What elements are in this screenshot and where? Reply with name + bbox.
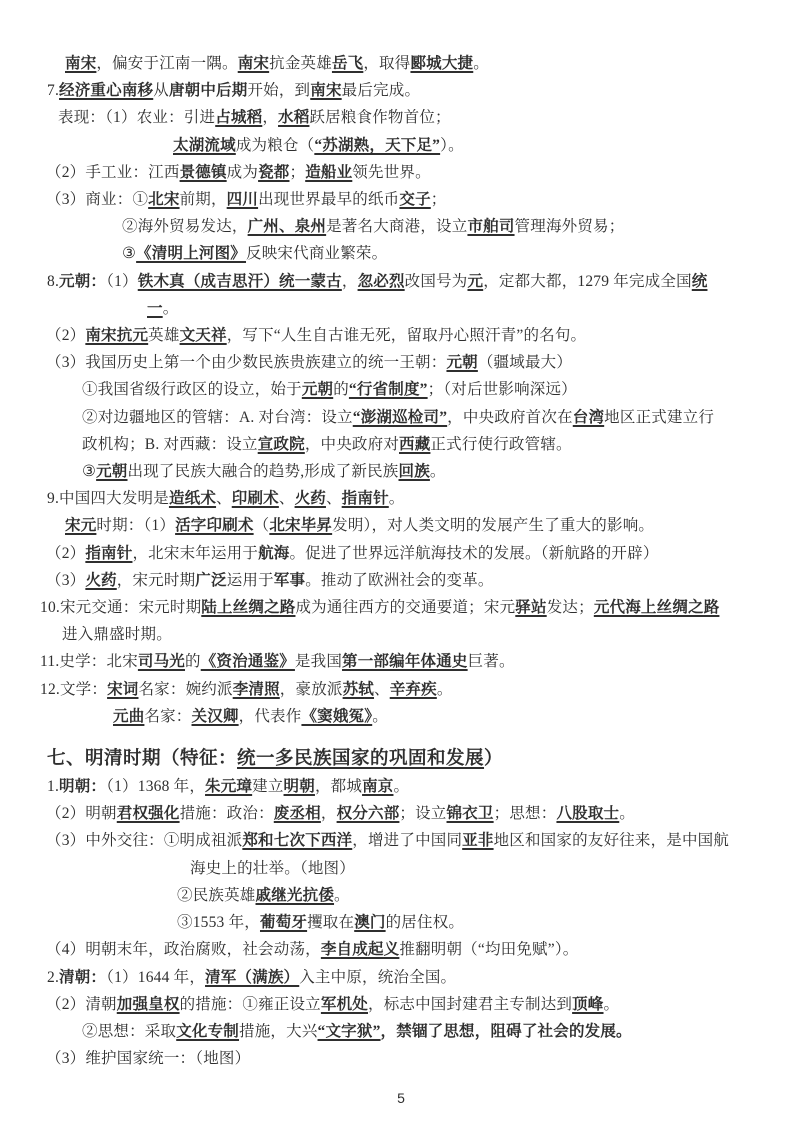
text-segment: 李清照 — [233, 681, 280, 698]
text-segment: 7. — [47, 82, 59, 99]
text-segment: ，写下“人生自古谁无死，留取丹心照汗青”的名句。 — [227, 327, 587, 344]
text-segment: 铁木真（成吉思汗）统一蒙古 — [138, 273, 342, 290]
text-segment: 权分六部 — [337, 805, 400, 822]
text-segment: 经济重心南移 — [59, 82, 153, 99]
text-segment: 火药 — [85, 572, 116, 589]
line-agriculture: 表现：（1）农业：引进占城稻，水稻跃居粮食作物首位； — [40, 104, 762, 131]
text-segment: 措施：政治： — [180, 805, 274, 822]
line-item-9-four-inventions: 9.中国四大发明是造纸术、印刷术、火药、指南针。 — [40, 485, 762, 512]
text-segment: 郑和七次下西洋 — [242, 832, 352, 849]
text-segment: 。 — [473, 55, 489, 72]
text-segment: 岳飞 — [332, 55, 363, 72]
text-segment: 的 — [185, 653, 201, 670]
text-segment: “澎湖巡检司” — [353, 409, 447, 426]
text-segment: 君权强化 — [117, 805, 180, 822]
text-segment: ； — [431, 191, 447, 208]
text-segment: 军机处 — [321, 996, 368, 1013]
text-segment: 。推动了欧洲社会的变革。 — [305, 572, 493, 589]
text-segment: 辛弃疾 — [390, 681, 437, 698]
text-segment: 。 — [430, 463, 446, 480]
text-segment: 《窦娥冤》 — [301, 708, 372, 725]
text-segment: 第一部编年体通史 — [342, 653, 468, 670]
line-transport-wrap: 进入鼎盛时期。 — [40, 621, 762, 648]
text-segment: 9.中国四大发明是 — [47, 490, 169, 507]
text-segment: 锦衣卫 — [447, 805, 494, 822]
text-segment: 措施，大兴 — [239, 1023, 318, 1040]
text-segment: 统 — [692, 273, 708, 290]
line-zheng-he-wrap: 海史上的壮举。（地图） — [40, 855, 762, 882]
line-commerce: （3）商业：①北宋前期，四川出现世界最早的纸币交子； — [40, 186, 762, 213]
text-segment: 运用于 — [227, 572, 274, 589]
text-segment: 元朝 — [446, 354, 477, 371]
document-page: 南宋，偏安于江南一隅。南宋抗金英雄岳飞，取得郾城大捷。7.经济重心南移从唐朝中后… — [0, 0, 800, 1131]
text-segment: （1）1644 年， — [106, 969, 205, 986]
text-segment: 广州、泉州 — [248, 218, 327, 235]
text-segment: ，定都大都，1279 年完成全国 — [483, 273, 692, 290]
text-segment: “苏湖熟，天下足” — [314, 137, 440, 154]
text-segment: 陆上丝绸之路 — [201, 599, 295, 616]
line-item-12-literature: 12.文学：宋词名家：婉约派李清照，豪放派苏轼、辛弃疾。 — [40, 676, 762, 703]
text-segment: 军事 — [274, 572, 305, 589]
text-segment: 朱元璋 — [205, 778, 252, 795]
text-segment: 10.宋元交通：宋元时期 — [40, 599, 201, 616]
text-segment: 宋词 — [107, 681, 138, 698]
text-segment: 《清明上河图》 — [136, 245, 246, 262]
text-segment: 是我国 — [295, 653, 342, 670]
text-segment: 太湖流域 — [173, 137, 236, 154]
line-literary-inquisition: ②思想：采取文化专制措施，大兴“文字狱”，禁锢了思想，阻碍了社会的发展。 — [40, 1018, 762, 1045]
text-segment: （3）中外交往：①明成祖派 — [46, 832, 242, 849]
text-segment: 废丞相 — [274, 805, 321, 822]
text-segment: ，北宋末年运用于 — [132, 545, 258, 562]
text-segment: 关汉卿 — [192, 708, 239, 725]
text-segment: 水稻 — [278, 109, 309, 126]
text-segment: 出现了民族大融合的趋势,形成了新民族 — [128, 463, 399, 480]
text-segment: ； — [289, 164, 305, 181]
text-segment: 明朝 — [284, 778, 315, 795]
line-item-11-historiography: 11.史学：北宋司马光的《资治通鉴》是我国第一部编年体通史巨著。 — [40, 648, 762, 675]
line-ming-centralization: （2）明朝君权强化措施：政治：废丞相，权分六部；设立锦衣卫；思想：八股取士。 — [40, 800, 762, 827]
text-segment: 攫取在 — [307, 914, 354, 931]
text-segment: 2. — [47, 969, 59, 986]
text-segment: ；思想： — [494, 805, 557, 822]
text-segment: （1）1368 年， — [106, 778, 205, 795]
line-national-unity: （3）维护国家统一：（地图） — [40, 1045, 762, 1072]
text-segment: ②对边疆地区的管辖：A. 对台湾：设立 — [82, 409, 353, 426]
text-segment: 推翻明朝（“均田免赋”）。 — [399, 941, 578, 958]
text-segment: ，都城 — [315, 778, 362, 795]
text-segment: 葡萄牙 — [260, 914, 307, 931]
text-segment: 台湾 — [573, 409, 604, 426]
text-segment: 七、明清时期（特征： — [47, 747, 237, 768]
text-segment: ；设立 — [399, 805, 446, 822]
text-segment: 跃居粮食作物首位； — [309, 109, 450, 126]
text-segment: 1. — [47, 778, 59, 795]
text-segment: 进入鼎盛时期。 — [62, 626, 172, 643]
text-segment: （2）明朝 — [46, 805, 117, 822]
line-hui-ethnicity: ③元朝出现了民族大融合的趋势,形成了新民族回族。 — [40, 458, 762, 485]
text-segment: 指南针 — [342, 490, 389, 507]
text-segment: 。 — [389, 490, 405, 507]
text-segment: 12.文学： — [40, 681, 107, 698]
text-segment: 从 — [153, 82, 169, 99]
text-segment: 的 — [333, 381, 349, 398]
text-segment: 海史上的壮举。（地图） — [190, 860, 355, 877]
text-segment: 南京 — [362, 778, 393, 795]
text-segment: 造船业 — [305, 164, 352, 181]
text-segment: 李自成起义 — [321, 941, 400, 958]
text-segment: ，禁锢了思想，阻碍了社会的发展。 — [381, 1023, 632, 1040]
text-segment: 驿站 — [515, 599, 546, 616]
text-segment: 发明），对人类文明的发展产生了重大的影响。 — [332, 517, 654, 534]
text-segment: 《资治通鉴》 — [201, 653, 295, 670]
text-segment: （2）清朝 — [46, 996, 117, 1013]
text-segment: 八股取士 — [556, 805, 619, 822]
section-heading-ming-qing: 七、明清时期（特征：统一多民族国家的巩固和发展） — [40, 742, 762, 773]
text-segment: 反映宋代商业繁荣。 — [246, 245, 387, 262]
text-segment: 唐朝中后期 — [169, 82, 248, 99]
text-segment: 。 — [619, 805, 635, 822]
text-segment: ，取得 — [363, 55, 410, 72]
line-taihu-granary: 太湖流域成为粮仓（“苏湖熟，天下足”）。 — [40, 132, 762, 159]
line-handicraft: （2）手工业：江西景德镇成为瓷都；造船业领先世界。 — [40, 159, 762, 186]
text-segment: “行省制度” — [349, 381, 428, 398]
text-segment: 四川 — [227, 191, 258, 208]
text-segment: （4）明朝末年，政治腐败，社会动荡， — [46, 941, 321, 958]
line-item-10-transport: 10.宋元交通：宋元时期陆上丝绸之路成为通往西方的交通要道；宋元驿站发达；元代海… — [40, 594, 762, 621]
text-segment: ， — [262, 109, 278, 126]
text-segment: 的居住权。 — [386, 914, 465, 931]
line-border-tibet: 政机构；B. 对西藏：设立宣政院，中央政府对西藏正式行使行政管辖。 — [40, 431, 762, 458]
text-segment: 南宋 — [65, 55, 96, 72]
line-wen-tianxiang: （2）南宋抗元英雄文天祥，写下“人生自古谁无死，留取丹心照汗青”的名句。 — [40, 322, 762, 349]
text-segment: 活字印刷术 — [175, 517, 254, 534]
text-segment: 8. — [47, 273, 59, 290]
line-item-8-yuan-dynasty: 8.元朝：（1）铁木真（成吉思汗）统一蒙古，忽必烈改国号为元，定都大都，1279… — [40, 268, 762, 295]
text-segment: ，中央政府对 — [305, 436, 399, 453]
text-segment: （3）维护国家统一：（地图） — [46, 1050, 250, 1067]
text-segment: 宋元 — [65, 517, 96, 534]
text-segment: 文天祥 — [180, 327, 227, 344]
text-segment: 忽必烈 — [358, 273, 405, 290]
line-li-zicheng: （4）明朝末年，政治腐败，社会动荡，李自成起义推翻明朝（“均田免赋”）。 — [40, 936, 762, 963]
text-segment: 北宋毕昇 — [269, 517, 332, 534]
text-segment: 回族 — [399, 463, 430, 480]
text-segment: 市舶司 — [467, 218, 514, 235]
text-segment: 领先世界。 — [352, 164, 431, 181]
text-segment: 、 — [279, 490, 295, 507]
line-province-system: ①我国省级行政区的设立，始于元朝的“行省制度”；（对后世影响深远） — [40, 376, 762, 403]
text-segment: ③ — [82, 463, 96, 480]
text-segment: 11.史学：北宋 — [40, 653, 138, 670]
text-segment: ，增进了中国同 — [352, 832, 462, 849]
text-segment: 名家：婉约派 — [138, 681, 232, 698]
text-segment: ②海外贸易发达， — [122, 218, 248, 235]
text-segment: 交子 — [399, 191, 430, 208]
text-segment: 指南针 — [85, 545, 132, 562]
text-segment: ） — [484, 747, 503, 768]
text-segment: ，偏安于江南一隅。 — [96, 55, 237, 72]
text-segment: 抗金英雄 — [269, 55, 332, 72]
text-segment: 的措施：①雍正设立 — [180, 996, 321, 1013]
line-southern-song-summary: 南宋，偏安于江南一隅。南宋抗金英雄岳飞，取得郾城大捷。 — [40, 50, 762, 77]
line-zheng-he: （3）中外交往：①明成祖派郑和七次下西洋，增进了中国同亚非地区和国家的友好往来，… — [40, 827, 762, 854]
line-yuan-unification-wrap: 一。 — [40, 295, 762, 322]
text-segment: 北宋 — [148, 191, 179, 208]
text-segment: 郾城大捷 — [410, 55, 473, 72]
text-segment: （ — [254, 517, 270, 534]
text-segment: 名家： — [144, 708, 191, 725]
text-segment: 元 — [467, 273, 483, 290]
text-segment: （2） — [46, 327, 85, 344]
text-segment: 巨著。 — [468, 653, 515, 670]
text-segment: 。促进了世界远洋航海技术的发展。（新航路的开辟） — [289, 545, 658, 562]
text-segment: （3）商业：① — [46, 191, 148, 208]
text-segment: 入主中原，统治全国。 — [299, 969, 456, 986]
text-segment: 管理海外贸易； — [515, 218, 625, 235]
line-item-2-qing-dynasty: 2.清朝：（1）1644 年，清军（满族）入主中原，统治全国。 — [40, 964, 762, 991]
text-segment: 成为 — [227, 164, 258, 181]
text-segment: 成为粮仓（ — [236, 137, 315, 154]
text-segment: 清军（满族） — [205, 969, 299, 986]
text-segment: 元代海上丝绸之路 — [594, 599, 720, 616]
text-segment: ，代表作 — [239, 708, 302, 725]
text-segment: ，豪放派 — [280, 681, 343, 698]
text-segment: 、 — [326, 490, 342, 507]
text-segment: ②民族英雄 — [177, 887, 256, 904]
text-segment: 建立 — [252, 778, 283, 795]
line-portugal-macau: ③1553 年，葡萄牙攫取在澳门的居住权。 — [40, 909, 762, 936]
text-segment: 统一多民族国家的巩固和发展 — [237, 747, 484, 768]
text-segment: 。 — [393, 778, 409, 795]
line-qingming-scroll: ③《清明上河图》反映宋代商业繁荣。 — [40, 240, 762, 267]
text-segment: 前期， — [180, 191, 227, 208]
text-segment: 英雄 — [148, 327, 179, 344]
text-segment: 地区和国家的友好往来，是中国航 — [494, 832, 730, 849]
text-segment: 最后完成。 — [342, 82, 421, 99]
line-qing-absolutism: （2）清朝加强皇权的措施：①雍正设立军机处，标志中国封建君主专制达到顶峰。 — [40, 991, 762, 1018]
page: { "colors": { "background": "#ffffff", "… — [0, 0, 800, 1131]
text-segment: ③1553 年， — [177, 914, 260, 931]
text-segment: 。 — [334, 887, 350, 904]
text-segment: 澳门 — [354, 914, 385, 931]
text-segment: ）。 — [440, 137, 464, 154]
text-segment: 戚继光抗倭 — [256, 887, 335, 904]
text-segment: 司马光 — [138, 653, 185, 670]
line-item-7-economic-shift: 7.经济重心南移从唐朝中后期开始，到南宋最后完成。 — [40, 77, 762, 104]
line-yuan-opera: 元曲名家：关汉卿，代表作《窦娥冤》。 — [40, 703, 762, 730]
line-item-1-ming-dynasty: 1.明朝：（1）1368 年，朱元璋建立明朝，都城南京。 — [40, 773, 762, 800]
document-body: 南宋，偏安于江南一隅。南宋抗金英雄岳飞，取得郾城大捷。7.经济重心南移从唐朝中后… — [40, 50, 762, 1072]
text-segment: 一 — [147, 300, 163, 317]
text-segment: （2） — [46, 545, 85, 562]
text-segment: 文化专制 — [176, 1023, 239, 1040]
text-segment: 元朝 — [96, 463, 127, 480]
line-qi-jiguang: ②民族英雄戚继光抗倭。 — [40, 882, 762, 909]
text-segment: ；（对后世影响深远） — [428, 381, 577, 398]
text-segment: 元朝 — [302, 381, 333, 398]
text-segment: “文字狱” — [318, 1023, 381, 1040]
text-segment: 清朝： — [59, 969, 106, 986]
text-segment: 广泛 — [195, 572, 226, 589]
text-segment: ，标志中国封建君主专制达到 — [368, 996, 572, 1013]
text-segment: 占城稻 — [215, 109, 262, 126]
text-segment: 景德镇 — [180, 164, 227, 181]
text-segment: 元朝： — [59, 273, 106, 290]
text-segment: 火药 — [295, 490, 326, 507]
text-segment: 亚非 — [462, 832, 493, 849]
text-segment: 航海 — [258, 545, 289, 562]
text-segment: 南宋抗元 — [85, 327, 148, 344]
text-segment: ，宋元时期 — [117, 572, 196, 589]
text-segment: 西藏 — [399, 436, 430, 453]
text-segment: （3）我国历史上第一个由少数民族贵族建立的统一王朝： — [46, 354, 446, 371]
text-segment: 表现：（1）农业：引进 — [58, 109, 215, 126]
text-segment: ①我国省级行政区的设立，始于 — [82, 381, 302, 398]
text-segment: 印刷术 — [232, 490, 279, 507]
text-segment: 。 — [437, 681, 453, 698]
text-segment: 。 — [604, 996, 620, 1013]
text-segment: ③ — [122, 245, 136, 262]
text-segment: （1） — [106, 273, 138, 290]
line-first-minority-dynasty: （3）我国历史上第一个由少数民族贵族建立的统一王朝：元朝（疆域最大） — [40, 349, 762, 376]
text-segment: 宣政院 — [258, 436, 305, 453]
line-overseas-trade: ②海外贸易发达，广州、泉州是著名大商港，设立市舶司管理海外贸易； — [40, 213, 762, 240]
text-segment: 瓷都 — [258, 164, 289, 181]
text-segment: 、 — [374, 681, 390, 698]
text-segment: 。 — [163, 300, 179, 317]
text-segment: ，中央政府首次在 — [447, 409, 573, 426]
text-segment: 政机构；B. 对西藏：设立 — [82, 436, 258, 453]
text-segment: 元曲 — [113, 708, 144, 725]
text-segment: 南宋 — [238, 55, 269, 72]
page-number: 5 — [40, 1090, 762, 1106]
text-segment: ②思想：采取 — [82, 1023, 176, 1040]
text-segment: 顶峰 — [572, 996, 603, 1013]
text-segment: 、 — [216, 490, 232, 507]
text-segment: 地区正式建立行 — [604, 409, 714, 426]
text-segment: 加强皇权 — [117, 996, 180, 1013]
line-gunpowder: （3）火药，宋元时期广泛运用于军事。推动了欧洲社会的变革。 — [40, 567, 762, 594]
text-segment: 发达； — [547, 599, 594, 616]
text-segment: 时期：（1） — [96, 517, 175, 534]
text-segment: （疆域最大） — [478, 354, 572, 371]
text-segment: 是著名大商港，设立 — [326, 218, 467, 235]
line-movable-type: 宋元时期：（1）活字印刷术（北宋毕昇发明），对人类文明的发展产生了重大的影响。 — [40, 512, 762, 539]
line-compass: （2）指南针，北宋末年运用于航海。促进了世界远洋航海技术的发展。（新航路的开辟） — [40, 540, 762, 567]
text-segment: 出现世界最早的纸币 — [258, 191, 399, 208]
text-segment: 苏轼 — [343, 681, 374, 698]
text-segment: 改国号为 — [405, 273, 468, 290]
text-segment: 南宋 — [310, 82, 341, 99]
text-segment: （2）手工业：江西 — [46, 164, 180, 181]
text-segment: 造纸术 — [169, 490, 216, 507]
text-segment: 明朝： — [59, 778, 106, 795]
text-segment: 成为通往西方的交通要道；宋元 — [295, 599, 515, 616]
text-segment: 开始，到 — [247, 82, 310, 99]
text-segment: （3） — [46, 572, 85, 589]
text-segment: 。 — [372, 708, 388, 725]
text-segment: 正式行使行政管辖。 — [430, 436, 571, 453]
line-border-taiwan: ②对边疆地区的管辖：A. 对台湾：设立“澎湖巡检司”，中央政府首次在台湾地区正式… — [40, 404, 762, 431]
text-segment: ， — [321, 805, 337, 822]
text-segment: ， — [342, 273, 358, 290]
